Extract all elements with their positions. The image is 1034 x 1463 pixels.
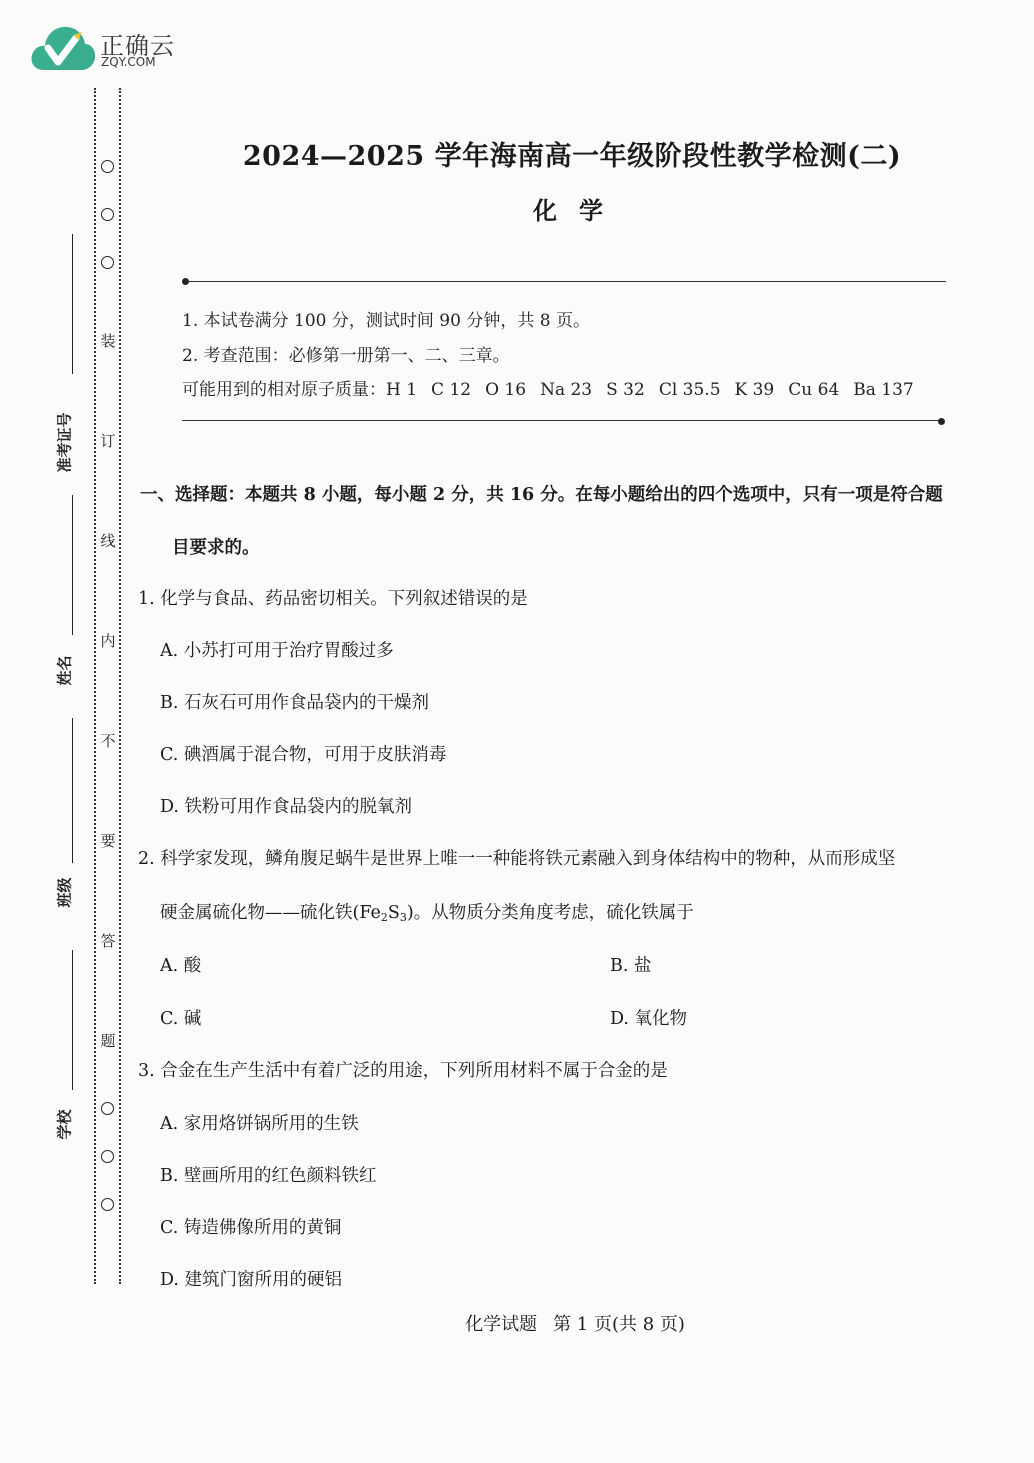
question-2-stem: 2. 科学家发现，鳞角腹足蜗牛是世界上唯一一种能将铁元素融入到身体结构中的物种，… xyxy=(138,845,895,870)
atomic-mass-item: C 12 xyxy=(431,380,471,400)
binding-mark: 装 xyxy=(98,330,118,351)
name-blank-line[interactable] xyxy=(72,495,73,635)
footer-page-number: 第 1 页(共 8 页) xyxy=(553,1314,685,1335)
question-1-option-d[interactable]: D. 铁粉可用作食品袋内的脱氧剂 xyxy=(160,793,412,818)
question-3-option-b[interactable]: B. 壁画所用的红色颜料铁红 xyxy=(160,1162,377,1187)
footer-subject: 化学试题 xyxy=(465,1314,537,1335)
question-2-option-c[interactable]: C. 碱 xyxy=(160,1005,201,1030)
atomic-mass-item: H 1 xyxy=(386,380,417,400)
page-footer: 化学试题第 1 页(共 8 页) xyxy=(0,1310,1034,1336)
binding-mark: 线 xyxy=(98,530,118,551)
atomic-mass-item: K 39 xyxy=(735,380,775,400)
question-3-option-c[interactable]: C. 铸造佛像所用的黄铜 xyxy=(160,1214,341,1239)
question-2-option-b[interactable]: B. 盐 xyxy=(610,952,652,977)
bottom-rule xyxy=(182,420,940,421)
stem-text: S xyxy=(388,903,400,923)
binding-mark: 要 xyxy=(98,830,118,851)
note-line-2: 2. 考查范围：必修第一册第一、二、三章。 xyxy=(182,341,510,366)
school-label: 学校 xyxy=(54,1105,75,1145)
binding-circle-icon xyxy=(101,256,114,269)
question-2-option-d[interactable]: D. 氧化物 xyxy=(610,1005,687,1030)
section-heading: 一、选择题：本题共 8 小题，每小题 2 分，共 16 分。在每小题给出的四个选… xyxy=(140,481,943,506)
section-heading-cont: 目要求的。 xyxy=(172,534,260,559)
stem-text: 硬金属硫化物——硫化铁(Fe xyxy=(160,903,381,923)
stem-text: )。从物质分类角度考虑，硫化铁属于 xyxy=(407,903,694,923)
question-1-option-a[interactable]: A. 小苏打可用于治疗胃酸过多 xyxy=(160,637,394,662)
question-1-option-b[interactable]: B. 石灰石可用作食品袋内的干燥剂 xyxy=(160,689,429,714)
atomic-mass-item: O 16 xyxy=(485,380,526,400)
class-blank-line[interactable] xyxy=(72,718,73,863)
binding-dashed-line-right xyxy=(119,88,121,1284)
atomic-mass-item: Cu 64 xyxy=(788,380,839,400)
binding-mark: 订 xyxy=(98,430,118,451)
atomic-mass-item: Cl 35.5 xyxy=(659,380,721,400)
atomic-masses: 可能用到的相对原子质量：H 1C 12O 16Na 23S 32Cl 35.5K… xyxy=(182,375,928,400)
atomic-mass-item: Ba 137 xyxy=(853,380,913,400)
question-3-stem: 3. 合金在生产生活中有着广泛的用途，下列所用材料不属于合金的是 xyxy=(138,1057,668,1082)
question-2-stem-cont: 硬金属硫化物——硫化铁(Fe2S3)。从物质分类角度考虑，硫化铁属于 xyxy=(160,899,694,924)
question-3-option-d[interactable]: D. 建筑门窗所用的硬铝 xyxy=(160,1266,342,1291)
binding-circle-icon xyxy=(101,1102,114,1115)
exam-id-label: 准考证号 xyxy=(54,403,75,483)
binding-dashed-line-left xyxy=(94,88,96,1284)
binding-mark: 题 xyxy=(98,1030,118,1051)
binding-circle-icon xyxy=(101,1198,114,1211)
question-1-option-c[interactable]: C. 碘酒属于混合物，可用于皮肤消毒 xyxy=(160,741,446,766)
subscript: 2 xyxy=(381,911,388,924)
exam-title: 2024—2025 学年海南高一年级阶段性教学检测(二) xyxy=(0,134,1034,173)
exam-subject: 化学 xyxy=(0,191,1034,226)
top-rule xyxy=(186,281,946,282)
atomic-mass-label: 可能用到的相对原子质量： xyxy=(182,380,386,400)
cloud-check-icon xyxy=(30,22,96,74)
binding-mark: 答 xyxy=(98,930,118,951)
note-line-1: 1. 本试卷满分 100 分，测试时间 90 分钟，共 8 页。 xyxy=(182,306,590,331)
question-2-option-a[interactable]: A. 酸 xyxy=(160,952,201,977)
question-3-option-a[interactable]: A. 家用烙饼锅所用的生铁 xyxy=(160,1110,359,1135)
binding-mark: 内 xyxy=(98,630,118,651)
question-1-stem: 1. 化学与食品、药品密切相关。下列叙述错误的是 xyxy=(138,585,528,610)
exam-id-blank-line[interactable] xyxy=(72,234,73,374)
atomic-mass-item: S 32 xyxy=(606,380,645,400)
rule-dot xyxy=(938,418,945,425)
atomic-mass-item: Na 23 xyxy=(540,380,592,400)
subscript: 3 xyxy=(400,911,407,924)
class-label: 班级 xyxy=(54,873,75,913)
name-label: 姓名 xyxy=(54,651,75,691)
binding-mark: 不 xyxy=(98,730,118,751)
binding-circle-icon xyxy=(101,1150,114,1163)
school-blank-line[interactable] xyxy=(72,950,73,1090)
